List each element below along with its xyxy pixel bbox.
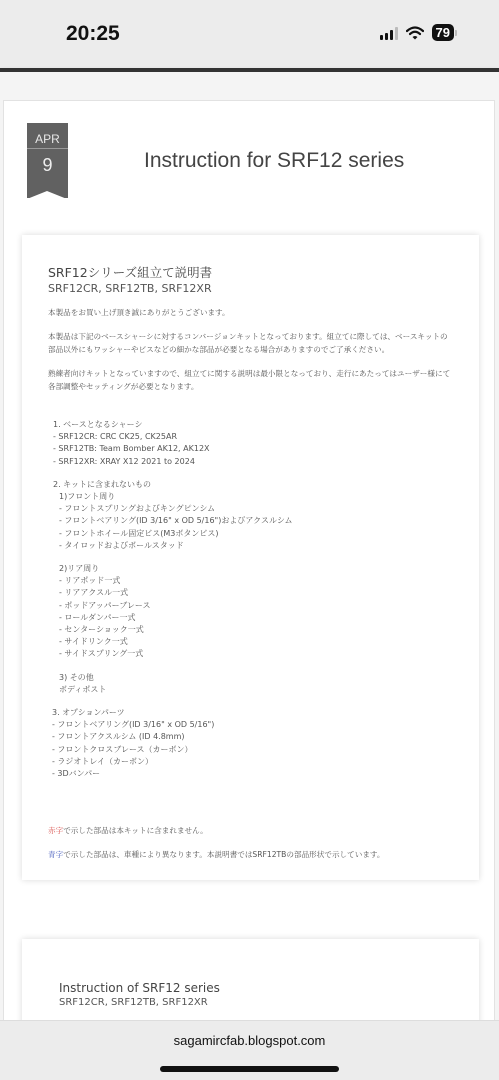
page-content[interactable]: APR 9 Instruction for SRF12 series SRF12… (0, 72, 499, 1020)
status-icons: 79 (380, 24, 457, 41)
list-item: - ラジオトレイ（カーボン） (52, 756, 453, 768)
intro-paragraph: 本製品をお買い上げ頂き誠にありがとうございます。 (48, 306, 453, 319)
status-bar: 20:25 79 (0, 0, 499, 68)
date-month: APR (27, 123, 68, 149)
list-item: - フロントホイール固定ビス(M3ボタンビス) (59, 528, 453, 540)
note-text: で示した部品は本キットに含まれません。 (63, 826, 208, 835)
list-item: - ポッドアッパーブレース (59, 600, 453, 612)
list-item: - サイドスプリング一式 (59, 648, 453, 660)
list-item: - フロントアクスルシム (ID 4.8mm) (52, 731, 453, 743)
list-item: - リアアクスル一式 (59, 587, 453, 599)
status-time: 20:25 (66, 22, 120, 46)
date-badge: APR 9 (27, 123, 68, 198)
cellular-signal-icon (380, 26, 398, 40)
intro-paragraph: 本製品は下記のベースシャーシに対するコンバージョンキットとなっております。組立て… (48, 330, 453, 356)
list-item: - フロントベアリング(ID 3/16" x OD 5/16") (52, 719, 453, 731)
list-item: - SRF12CR: CRC CK25, CK25AR (53, 431, 453, 443)
battery-icon: 79 (432, 24, 457, 41)
list-item: - リアポッド一式 (59, 575, 453, 587)
date-day: 9 (27, 149, 68, 176)
url-text[interactable]: sagamircfab.blogspot.com (0, 1033, 499, 1048)
section-heading: 3. オプションパーツ (52, 707, 453, 719)
list-item: - 3Dバンパー (52, 768, 453, 780)
list-item: - ロールダンパー一式 (59, 612, 453, 624)
browser-address-bar[interactable]: sagamircfab.blogspot.com (0, 1020, 499, 1080)
wifi-icon (406, 26, 424, 40)
list-item: - SRF12XR: XRAY X12 2021 to 2024 (53, 456, 453, 468)
list-item: - フロントベアリング(ID 3/16" x OD 5/16")およびアクスルシ… (59, 515, 453, 527)
battery-level: 79 (432, 24, 454, 41)
subsection-heading: 2)リア周り (59, 563, 453, 575)
intro-paragraph: 熟練者向けキットとなっていますので、組立てに関する説明は最小限となっており、走行… (48, 367, 453, 393)
subsection-heading: 1)フロント周り (59, 491, 453, 503)
list-item: ボディポスト (59, 684, 453, 696)
subsection-rear: 2)リア周り - リアポッド一式 - リアアクスル一式 - ポッドアッパーブレー… (59, 563, 453, 661)
document2-subtitle: SRF12CR, SRF12TB, SRF12XR (59, 997, 208, 1008)
blue-label: 青字 (48, 850, 63, 859)
list-item: - サイドリンク一式 (59, 636, 453, 648)
note-text: で示した部品は、車種により異なります。本説明書ではSRF12TBの部品形状で示し… (63, 850, 384, 859)
list-item: - フロントクロスブレース（カーボン） (52, 744, 453, 756)
document2-title: Instruction of SRF12 series (59, 981, 220, 995)
post-title[interactable]: Instruction for SRF12 series (144, 149, 404, 173)
section-option-parts: 3. オプションパーツ - フロントベアリング(ID 3/16" x OD 5/… (52, 707, 453, 780)
home-indicator[interactable] (160, 1066, 339, 1072)
red-label: 赤字 (48, 826, 63, 835)
note-blue: 青字で示した部品は、車種により異なります。本説明書ではSRF12TBの部品形状で… (48, 848, 453, 861)
document-subtitle: SRF12CR, SRF12TB, SRF12XR (48, 282, 453, 295)
section-not-included: 2. キットに含まれないもの 1)フロント周り - フロントスプリングおよびキン… (53, 479, 453, 696)
list-item: - センターショック一式 (59, 624, 453, 636)
list-item: - SRF12TB: Team Bomber AK12, AK12X (53, 443, 453, 455)
subsection-front: 1)フロント周り - フロントスプリングおよびキングピンシム - フロントベアリ… (59, 491, 453, 552)
list-item: - タイロッドおよびボールスタッド (59, 540, 453, 552)
subsection-heading: 3) その他 (59, 672, 453, 684)
blog-post: APR 9 Instruction for SRF12 series SRF12… (3, 100, 495, 1060)
section-heading: 1. ベースとなるシャーシ (53, 419, 453, 431)
section-base-chassis: 1. ベースとなるシャーシ - SRF12CR: CRC CK25, CK25A… (53, 419, 453, 468)
document-title: SRF12シリーズ組立て説明書 (48, 263, 453, 281)
section-heading: 2. キットに含まれないもの (53, 479, 453, 491)
note-red: 赤字で示した部品は本キットに含まれません。 (48, 824, 453, 837)
instruction-image-page-1[interactable]: SRF12シリーズ組立て説明書 SRF12CR, SRF12TB, SRF12X… (22, 235, 479, 880)
list-item: - フロントスプリングおよびキングピンシム (59, 503, 453, 515)
subsection-other: 3) その他 ボディポスト (59, 672, 453, 696)
